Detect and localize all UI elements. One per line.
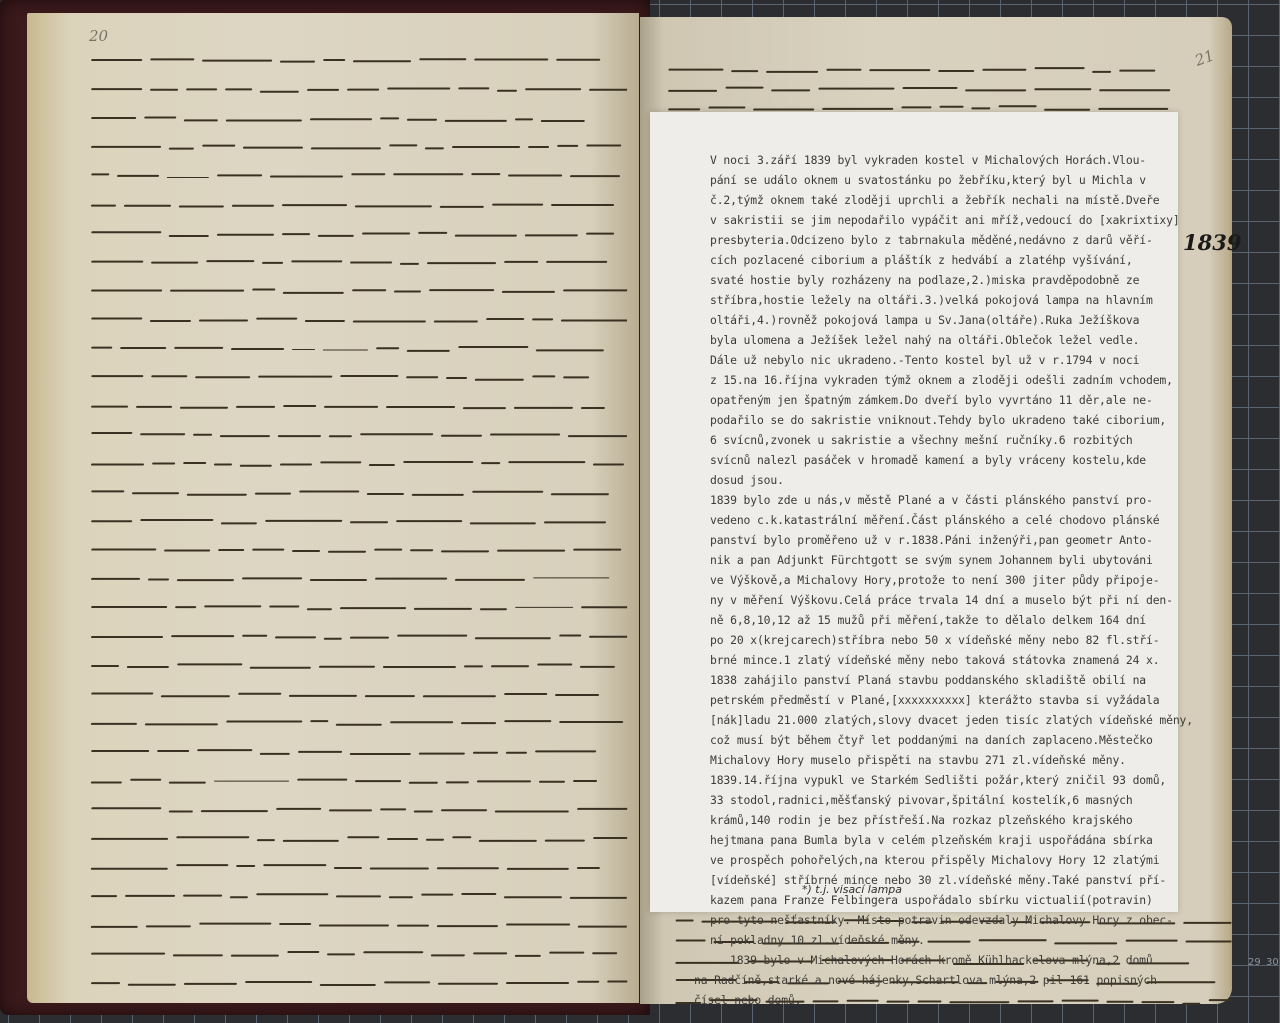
- handwritten-word: [347, 88, 379, 90]
- handwritten-word: [982, 69, 1026, 71]
- transcription-line: oltáři,4.)rovněž pokojová lampa u Sv.Jan…: [710, 310, 1168, 330]
- transcription-line: vedeno c.k.katastrální měření.Část pláns…: [710, 510, 1168, 530]
- handwritten-word: [151, 262, 198, 263]
- handwritten-word: [445, 120, 507, 121]
- handwritten-word: [91, 146, 161, 148]
- transcription-line: petrském předměstí v Plané,[xxxxxxxxxx] …: [710, 690, 1168, 710]
- handwritten-word: [426, 839, 444, 840]
- handwritten-word: [429, 289, 494, 291]
- handwritten-word: [252, 289, 275, 290]
- handwritten-word: [362, 233, 410, 234]
- handwritten-word: [363, 951, 423, 953]
- handwritten-line: [85, 277, 629, 306]
- handwritten-word: [292, 348, 315, 349]
- handwritten-word: [340, 375, 398, 377]
- handwritten-word: [175, 606, 196, 608]
- handwritten-word: [668, 69, 723, 70]
- transcription-line: č.2,týmž oknem také zloději uprchli a že…: [710, 190, 1168, 210]
- handwritten-word: [230, 896, 248, 898]
- handwritten-word: [525, 88, 581, 90]
- handwritten-word: [283, 840, 339, 841]
- handwritten-word: [240, 465, 272, 466]
- transcription-line: ně 6,8,10,12 až 15 mužů při měření,takže…: [710, 610, 1168, 630]
- handwritten-word: [214, 780, 289, 781]
- handwritten-line: [85, 508, 629, 537]
- handwritten-word: [370, 868, 429, 869]
- handwritten-line: [85, 76, 629, 105]
- handwritten-line: [85, 220, 629, 249]
- transcription-line: panství bylo proměřeno už v r.1838.Páni …: [710, 530, 1168, 550]
- handwritten-word: [504, 693, 547, 695]
- transcription-line: svaté hostie byly rozházeny na podlaze,2…: [710, 270, 1168, 290]
- handwritten-word: [902, 87, 957, 89]
- handwritten-word: [117, 176, 159, 177]
- handwritten-line: [85, 364, 629, 393]
- handwritten-word: [282, 204, 347, 206]
- handwritten-word: [161, 695, 230, 697]
- handwritten-line: [85, 911, 629, 940]
- handwritten-word: [387, 87, 450, 89]
- transcription-line: dosud jsou.: [710, 470, 1168, 490]
- handwritten-line: [85, 738, 629, 767]
- handwritten-word: [91, 692, 153, 694]
- handwritten-line: [85, 47, 629, 76]
- handwritten-word: [177, 580, 234, 581]
- handwritten-word: [477, 781, 531, 782]
- transcription-closing-line: na Radčíně,starké a nové hájenky,Schartl…: [694, 970, 1168, 990]
- handwritten-line: [85, 594, 629, 623]
- handwritten-word: [128, 984, 176, 985]
- transcription-line: cích pozlacené ciborium a pláštík z hedv…: [710, 250, 1168, 270]
- handwritten-word: [355, 205, 432, 207]
- transcription-closing-line: čísel nebo domů.: [694, 990, 1168, 1010]
- handwritten-word: [179, 205, 224, 207]
- handwritten-word: [437, 925, 498, 926]
- handwritten-word: [91, 520, 132, 521]
- handwritten-word: [171, 635, 234, 636]
- handwritten-word: [410, 549, 433, 551]
- handwritten-word: [561, 320, 629, 322]
- handwritten-word: [91, 318, 142, 320]
- handwritten-word: [376, 348, 399, 349]
- handwritten-word: [826, 69, 861, 70]
- handwritten-word: [406, 376, 438, 377]
- handwritten-word: [201, 810, 268, 812]
- handwritten-word: [91, 290, 162, 292]
- handwritten-word: [581, 407, 605, 409]
- handwritten-word: [91, 548, 156, 550]
- handwritten-word: [256, 893, 328, 895]
- handwritten-word: [537, 664, 572, 665]
- handwritten-word: [393, 174, 463, 175]
- handwritten-word: [319, 665, 375, 667]
- handwritten-word: [91, 375, 143, 377]
- handwritten-word: [311, 148, 381, 149]
- handwritten-word: [551, 493, 609, 494]
- handwritten-word: [1182, 1003, 1200, 1005]
- handwritten-word: [971, 108, 990, 109]
- handwritten-word: [546, 261, 607, 263]
- handwritten-word: [350, 261, 392, 262]
- handwritten-word: [132, 493, 179, 494]
- handwritten-word: [452, 147, 520, 148]
- transcription-line: 1839.14.října vypukl ve Starkém Sedlišti…: [710, 770, 1168, 790]
- handwritten-word: [269, 606, 299, 608]
- handwritten-word: [91, 117, 136, 119]
- handwritten-word: [455, 235, 517, 236]
- handwritten-word: [278, 435, 321, 437]
- handwritten-word: [375, 578, 447, 580]
- handwritten-word: [578, 926, 629, 927]
- transcription-line: krámů,140 rodin je bez přístřeší.Na rozk…: [710, 810, 1168, 830]
- handwritten-word: [184, 982, 237, 984]
- handwritten-word: [394, 291, 421, 293]
- handwritten-word: [481, 463, 500, 464]
- handwritten-word: [150, 88, 178, 90]
- handwritten-word: [397, 635, 467, 636]
- handwritten-word: [144, 116, 176, 118]
- handwritten-word: [221, 522, 257, 523]
- handwritten-word: [593, 836, 629, 838]
- handwritten-word: [350, 637, 389, 639]
- handwritten-word: [539, 781, 565, 782]
- handwritten-line: [85, 105, 629, 134]
- handwritten-word: [676, 920, 694, 922]
- handwritten-word: [965, 89, 1026, 91]
- handwritten-line: [85, 882, 629, 911]
- handwritten-word: [470, 522, 536, 524]
- handwritten-line: [85, 162, 629, 191]
- handwritten-word: [352, 290, 386, 291]
- transcription-line: ny v měření Výškovu.Celá práce trvala 14…: [710, 590, 1168, 610]
- transcription-line: po 20 x(krejcarech)stříbra nebo 50 x víd…: [710, 630, 1168, 650]
- handwritten-word: [389, 145, 417, 146]
- handwritten-word: [374, 549, 402, 550]
- handwritten-word: [353, 321, 426, 323]
- handwritten-word: [148, 579, 169, 580]
- handwritten-word: [458, 87, 489, 89]
- handwritten-word: [226, 721, 302, 722]
- handwritten-word: [504, 897, 562, 898]
- handwritten-word: [580, 666, 615, 668]
- handwritten-word: [187, 494, 247, 496]
- handwritten-word: [514, 407, 573, 408]
- handwritten-word: [183, 895, 222, 896]
- handwritten-word: [206, 260, 254, 261]
- handwritten-word: [421, 894, 453, 896]
- handwritten-word: [270, 176, 343, 178]
- handwritten-word: [287, 951, 319, 953]
- handwritten-word: [668, 90, 717, 92]
- left-page-number: 20: [89, 27, 108, 45]
- handwritten-word: [589, 636, 629, 638]
- handwritten-line: [85, 825, 629, 854]
- handwritten-word: [91, 59, 142, 60]
- handwritten-word: [202, 145, 235, 146]
- handwritten-word: [461, 723, 496, 725]
- handwritten-word: [151, 375, 187, 377]
- handwritten-word: [515, 955, 541, 957]
- transcription-line: podařilo se do sakristie vniknout.Tehdy …: [710, 410, 1168, 430]
- handwritten-word: [329, 435, 352, 437]
- handwritten-word: [544, 521, 606, 523]
- handwritten-word: [507, 868, 569, 870]
- handwritten-word: [351, 174, 385, 176]
- handwritten-word: [492, 204, 543, 206]
- handwritten-word: [291, 260, 342, 262]
- handwritten-word: [458, 346, 528, 347]
- handwritten-word: [180, 406, 228, 408]
- handwritten-word: [217, 234, 274, 235]
- handwritten-word: [570, 897, 629, 899]
- handwritten-word: [220, 436, 270, 437]
- handwritten-word: [525, 234, 578, 236]
- transcription-closing-line: 1839 bylo v Michalových Horách kromě Küh…: [730, 950, 1168, 970]
- handwritten-word: [236, 405, 275, 407]
- handwritten-line: [85, 537, 629, 566]
- handwritten-word: [292, 550, 320, 551]
- transcription-line: což musí být během čtyř let poddanými na…: [710, 730, 1168, 750]
- handwritten-word: [164, 549, 210, 551]
- handwritten-word: [307, 608, 332, 610]
- transcription-text: V noci 3.září 1839 byl vykraden kostel v…: [710, 150, 1168, 1010]
- handwritten-word: [497, 90, 517, 92]
- handwritten-word: [250, 667, 311, 668]
- handwritten-line: [85, 450, 629, 479]
- handwritten-word: [289, 695, 357, 696]
- handwritten-word: [479, 840, 537, 841]
- handwritten-line: [664, 94, 1187, 113]
- handwritten-word: [555, 694, 599, 695]
- handwritten-word: [91, 926, 138, 928]
- handwritten-word: [152, 463, 175, 465]
- handwritten-word: [355, 780, 401, 782]
- handwritten-word: [328, 551, 366, 552]
- handwritten-word: [231, 955, 279, 956]
- handwritten-word: [353, 61, 411, 62]
- left-page: 20: [27, 13, 639, 1003]
- left-page-handwriting: [87, 47, 627, 997]
- handwritten-word: [452, 836, 471, 838]
- transcription-line: 1839 bylo zde u nás,v městě Plané a v čá…: [710, 490, 1168, 510]
- handwritten-word: [334, 867, 362, 869]
- transcription-line: Dále už nebylo nic ukradeno.-Tento koste…: [710, 350, 1168, 370]
- transcription-line: brné mince.1 zlatý vídeňské měny nebo ta…: [710, 650, 1168, 670]
- handwritten-word: [668, 109, 700, 110]
- handwritten-word: [91, 782, 122, 783]
- handwritten-word: [497, 549, 565, 551]
- handwritten-word: [125, 895, 175, 897]
- handwritten-word: [441, 809, 487, 811]
- handwritten-word: [441, 435, 482, 437]
- handwritten-word: [532, 319, 553, 320]
- handwritten-line: [85, 421, 629, 450]
- handwritten-word: [822, 108, 893, 110]
- handwritten-word: [283, 292, 344, 294]
- handwritten-word: [91, 261, 143, 262]
- handwritten-word: [380, 117, 399, 118]
- right-page-top-handwriting: [665, 56, 1185, 113]
- handwritten-word: [589, 89, 629, 91]
- handwritten-word: [307, 89, 339, 91]
- handwritten-word: [169, 782, 206, 784]
- handwritten-word: [549, 952, 584, 953]
- handwritten-word: [265, 520, 342, 522]
- handwritten-word: [528, 147, 549, 148]
- handwritten-word: [425, 148, 444, 150]
- handwritten-word: [214, 463, 232, 465]
- handwritten-word: [384, 981, 430, 983]
- handwritten-word: [91, 464, 144, 465]
- handwritten-word: [568, 436, 629, 437]
- handwritten-word: [336, 896, 381, 897]
- handwritten-word: [242, 578, 302, 580]
- handwritten-word: [563, 376, 589, 377]
- handwritten-word: [232, 205, 274, 207]
- handwritten-word: [386, 406, 455, 407]
- handwritten-word: [169, 810, 193, 812]
- handwritten-word: [508, 462, 585, 463]
- handwritten-line: [85, 796, 629, 825]
- handwritten-word: [91, 231, 161, 233]
- handwritten-word: [535, 750, 596, 752]
- handwritten-word: [533, 577, 609, 578]
- handwritten-word: [504, 261, 538, 262]
- handwritten-word: [412, 494, 464, 496]
- handwritten-word: [91, 982, 120, 984]
- handwritten-word: [350, 753, 411, 754]
- handwritten-word: [556, 59, 600, 61]
- handwritten-line: [85, 133, 629, 162]
- handwritten-word: [173, 954, 223, 956]
- handwritten-line: [85, 565, 629, 594]
- handwritten-word: [124, 205, 171, 207]
- handwritten-word: [91, 88, 142, 90]
- handwritten-word: [1034, 88, 1091, 90]
- handwritten-word: [310, 579, 367, 581]
- handwritten-word: [183, 462, 206, 464]
- handwritten-word: [586, 233, 614, 234]
- handwritten-word: [998, 105, 1036, 107]
- handwritten-word: [170, 290, 244, 292]
- handwritten-word: [766, 71, 818, 73]
- handwritten-line: [85, 853, 629, 882]
- handwritten-word: [390, 722, 453, 723]
- handwritten-word: [262, 261, 283, 263]
- handwritten-word: [557, 146, 578, 147]
- handwritten-word: [91, 636, 163, 638]
- handwritten-word: [409, 782, 438, 784]
- transcription-line: 33 stodol,radnici,měšťanský pivovar,špit…: [710, 790, 1168, 810]
- handwritten-word: [184, 119, 218, 121]
- transcription-line: svícnů nalezl pasáček v hromadě kamení a…: [710, 450, 1168, 470]
- handwritten-word: [238, 692, 281, 694]
- handwritten-word: [226, 119, 302, 121]
- handwritten-word: [532, 375, 555, 376]
- handwritten-word: [506, 924, 570, 925]
- transcription-line: kazem pana Franze Felbingera uspořádalo …: [710, 890, 1168, 910]
- handwritten-word: [463, 407, 506, 408]
- handwritten-word: [323, 59, 345, 61]
- handwritten-word: [320, 984, 376, 985]
- handwritten-word: [515, 118, 533, 120]
- handwritten-footnote: *) t.j. visací lampa: [802, 883, 902, 896]
- transcription-line: presbyteria.Odcizeno bylo z tabrnakula m…: [710, 230, 1168, 250]
- handwritten-word: [195, 376, 250, 378]
- handwritten-word: [414, 609, 472, 610]
- transcription-line: ve prospěch pohořelých,na kterou přispěl…: [710, 850, 1168, 870]
- handwritten-word: [434, 321, 478, 322]
- handwritten-word: [506, 752, 527, 754]
- handwritten-word: [1185, 941, 1233, 943]
- handwritten-word: [419, 59, 466, 60]
- handwritten-word: [446, 377, 467, 378]
- handwritten-word: [475, 379, 524, 381]
- handwritten-word: [140, 519, 213, 521]
- handwritten-word: [157, 750, 189, 752]
- handwritten-word: [218, 549, 244, 551]
- transcription-line: [nák]ladu 21.000 zlatých,slovy dvacet je…: [710, 710, 1168, 730]
- handwritten-word: [455, 579, 525, 581]
- handwritten-word: [1183, 922, 1233, 923]
- handwritten-word: [91, 606, 167, 608]
- handwritten-word: [1035, 68, 1085, 69]
- handwritten-line: [85, 479, 629, 508]
- handwritten-word: [423, 695, 496, 697]
- handwritten-word: [347, 836, 379, 838]
- handwritten-word: [199, 320, 248, 322]
- transcription-line: ve Výškově,a Michalovy Hory,protože to n…: [710, 570, 1168, 590]
- handwritten-word: [217, 175, 262, 177]
- handwritten-word: [252, 549, 284, 550]
- handwritten-word: [473, 752, 498, 754]
- handwritten-word: [486, 318, 524, 319]
- handwritten-word: [464, 665, 483, 666]
- handwritten-word: [225, 88, 252, 90]
- handwritten-word: [204, 605, 261, 607]
- handwritten-word: [263, 865, 326, 866]
- handwritten-word: [577, 808, 629, 810]
- handwritten-word: [472, 491, 543, 492]
- handwritten-word: [91, 665, 119, 666]
- handwritten-word: [480, 609, 507, 610]
- handwritten-word: [414, 810, 433, 811]
- handwritten-word: [400, 263, 419, 264]
- typed-transcription-sheet: V noci 3.září 1839 byl vykraden kostel v…: [650, 112, 1178, 912]
- handwritten-line: [85, 249, 629, 278]
- handwritten-word: [324, 638, 342, 639]
- transcription-line: nik a pan Adjunkt Fürchtgott se svým syn…: [710, 550, 1168, 570]
- handwritten-word: [541, 120, 585, 121]
- handwritten-word: [91, 579, 140, 580]
- handwritten-word: [91, 490, 124, 492]
- handwritten-word: [581, 607, 629, 608]
- handwritten-line: [85, 335, 629, 364]
- handwritten-word: [365, 695, 415, 696]
- transcription-line: byla ulomena a Ježíšek ležel nahý na olt…: [710, 330, 1168, 350]
- transcription-line: 1838 zahájilo panství Planá stavbu podda…: [710, 670, 1168, 690]
- handwritten-word: [545, 839, 585, 841]
- handwritten-word: [199, 922, 271, 924]
- handwritten-word: [380, 808, 406, 810]
- handwritten-word: [515, 606, 573, 607]
- handwritten-word: [1098, 108, 1168, 110]
- handwritten-word: [506, 982, 569, 984]
- handwritten-word: [127, 666, 169, 668]
- handwritten-word: [577, 867, 600, 869]
- handwritten-word: [438, 982, 498, 984]
- handwritten-line: [85, 623, 629, 652]
